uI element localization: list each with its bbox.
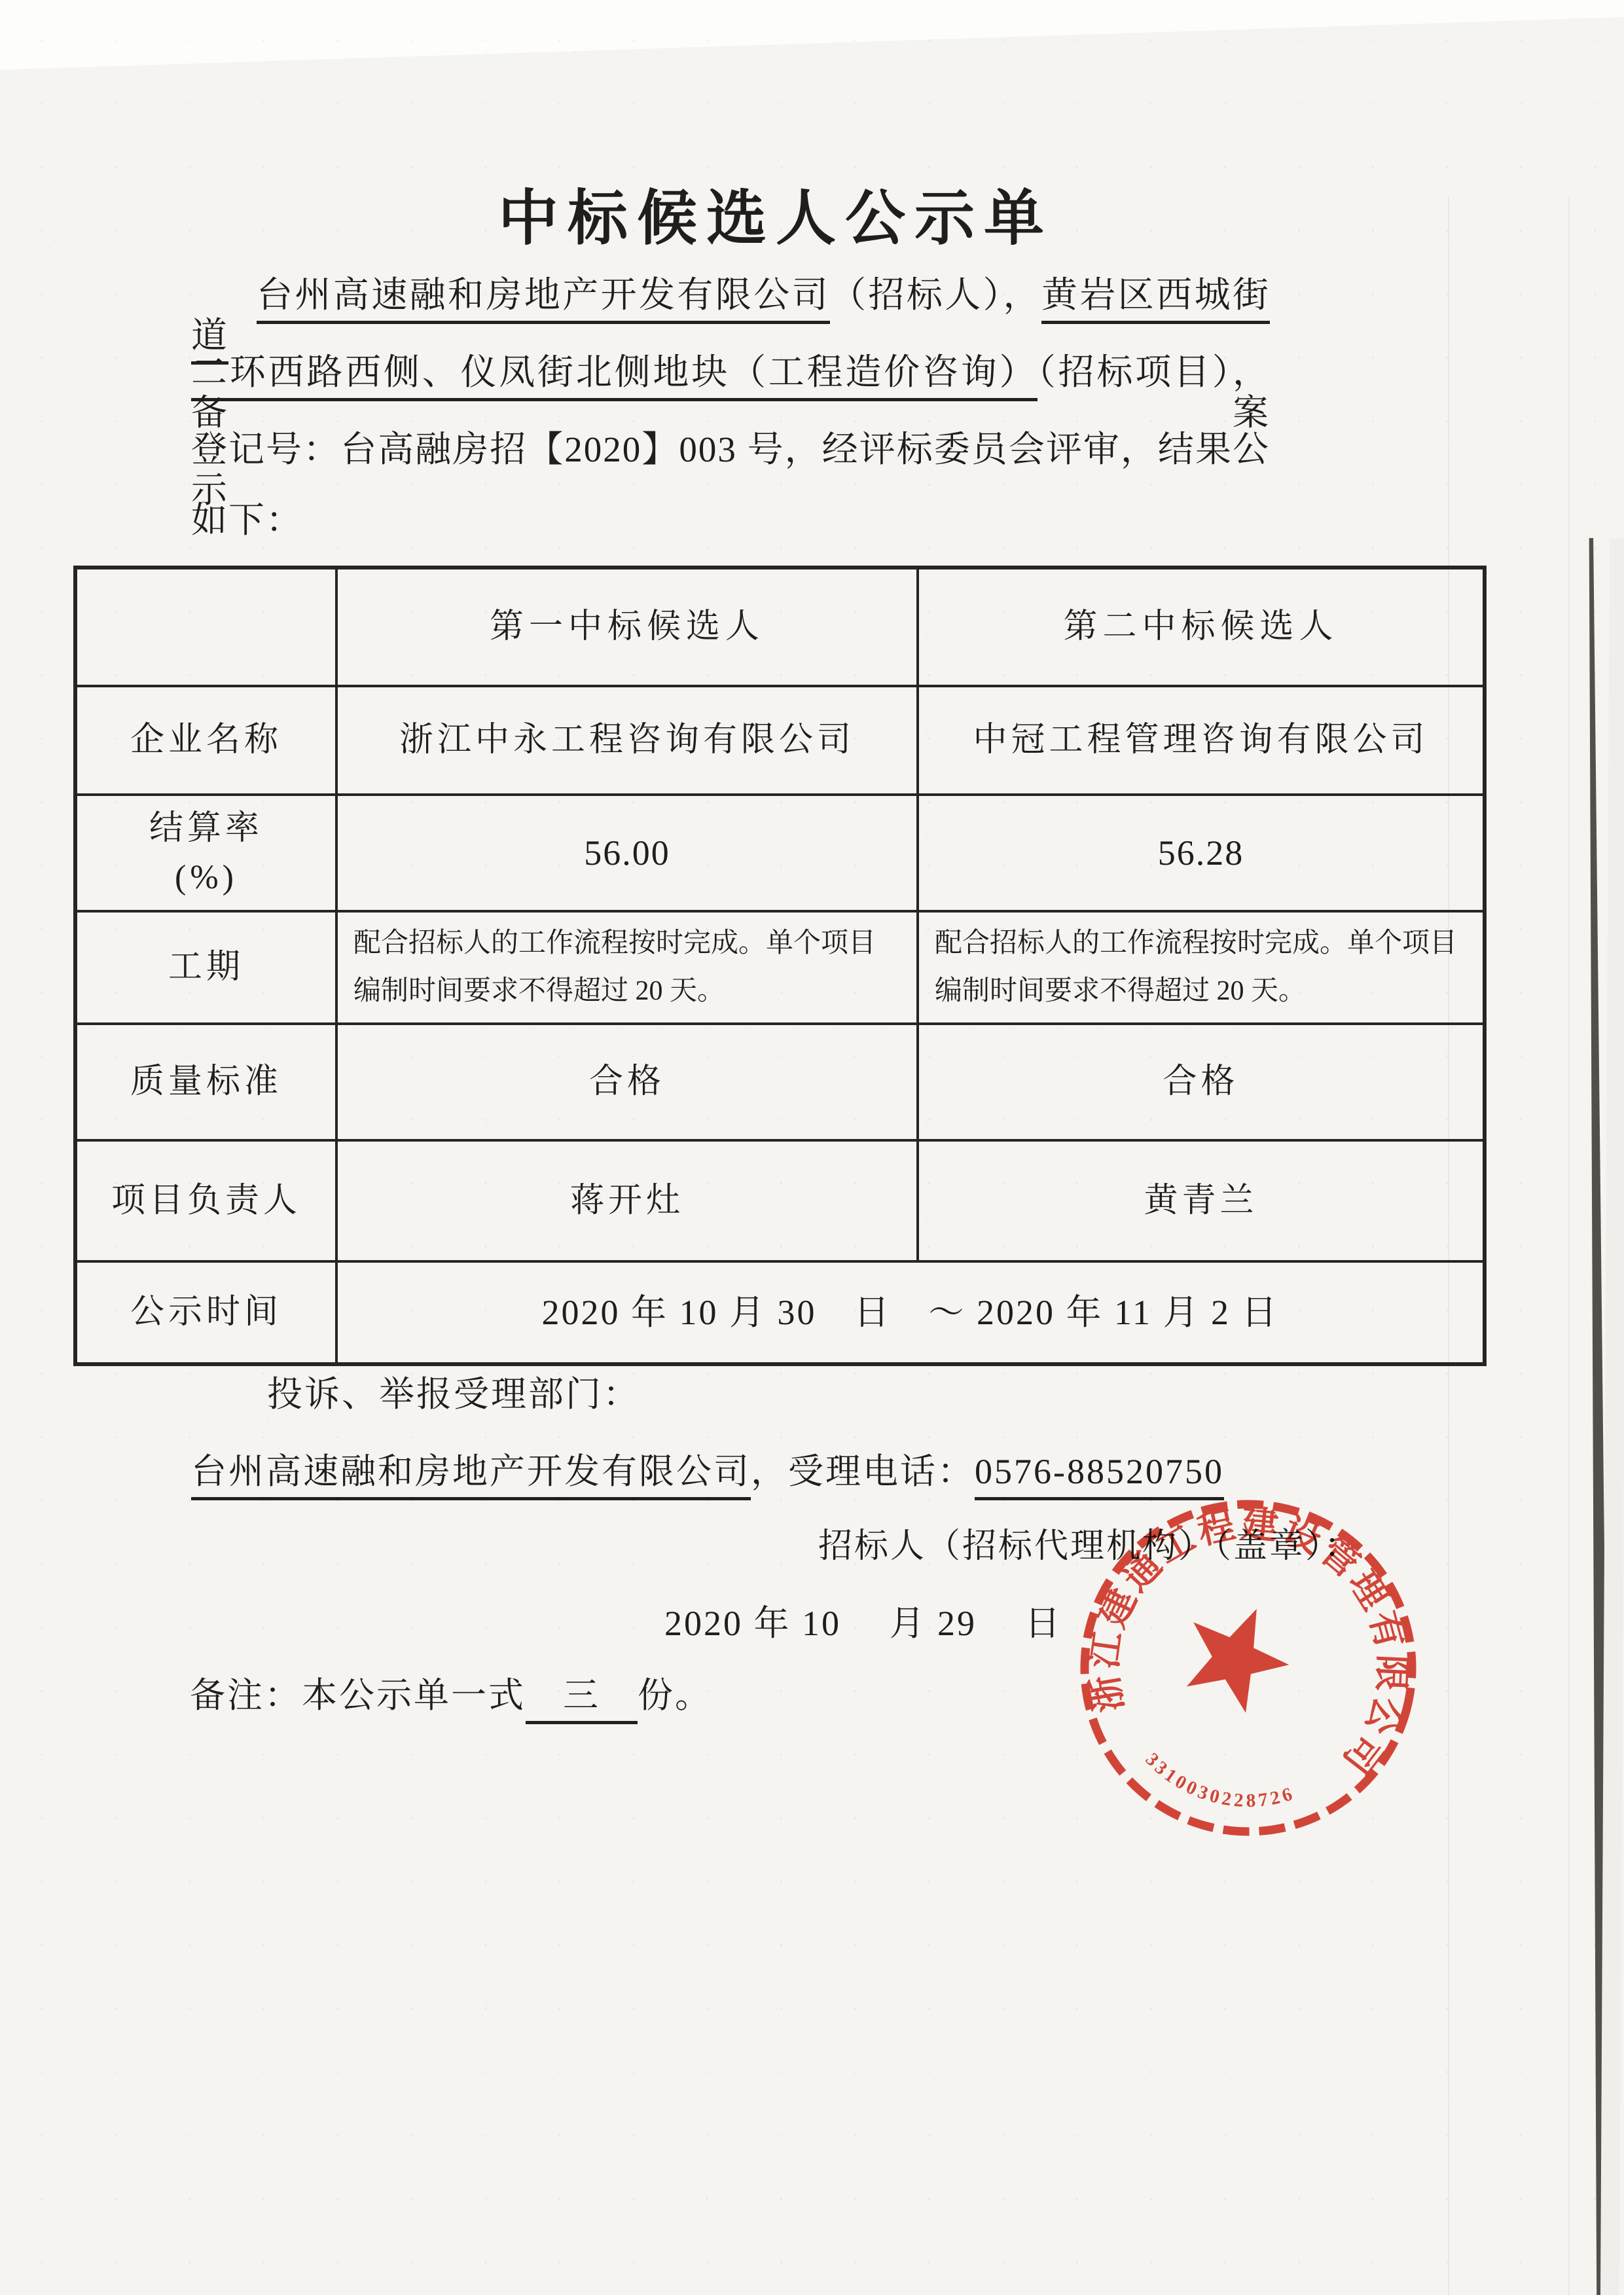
intro-line: 登记号：台高融房招【2020】003 号，经评标委员会评审，结果公示 bbox=[191, 429, 1270, 511]
star-icon bbox=[1175, 1595, 1300, 1720]
table-value-cell: 56.00 bbox=[335, 793, 916, 910]
intro-line: 如下： bbox=[191, 500, 1270, 541]
svg-text:浙江建通工程建设管理有限公司: 浙江建通工程建设管理有限公司 bbox=[1069, 1469, 1447, 1789]
complaint-dept-label: 投诉、举报受理部门： bbox=[267, 1373, 640, 1416]
table-value-cell: 配合招标人的工作流程按时完成。单个项目编制时间要求不得超过 20 天。 bbox=[916, 910, 1483, 1022]
row-label-cell: 企业名称 bbox=[77, 685, 335, 793]
table-value-cell: 配合招标人的工作流程按时完成。单个项目编制时间要求不得超过 20 天。 bbox=[335, 910, 916, 1022]
table-value-cell: 黄青兰 bbox=[916, 1139, 1483, 1260]
text-segment: 备注：本公示单一式 bbox=[190, 1676, 526, 1715]
text-segment: 如下： bbox=[191, 500, 303, 540]
underlined-text: 三 bbox=[526, 1676, 638, 1724]
table-header-cell: 第二中标候选人 bbox=[916, 569, 1483, 685]
text-segment: （招标人）， bbox=[830, 275, 1041, 315]
label-line: 结算率 bbox=[149, 804, 263, 853]
text-segment: ，受理电话： bbox=[751, 1452, 975, 1491]
scan-right-edge-light bbox=[1600, 538, 1624, 2295]
table-value-cell: 2020 年 10 月 30 日 ～ 2020 年 11 月 2 日 bbox=[335, 1260, 1483, 1362]
company-seal: 浙江建通工程建设管理有限公司 3310030228726 bbox=[1026, 1446, 1471, 1890]
table-value-cell: 56.28 bbox=[916, 793, 1483, 910]
table-value-cell: 合格 bbox=[916, 1022, 1483, 1139]
row-label-cell: 质量标准 bbox=[77, 1022, 335, 1139]
row-label-cell: 结算率(%) bbox=[77, 793, 335, 910]
text-segment: 份。 bbox=[638, 1676, 712, 1715]
seal-company-name: 浙江建通工程建设管理有限公司 bbox=[1069, 1469, 1447, 1789]
paper-fold-line bbox=[1568, 196, 1570, 2295]
remark-line: 备注：本公示单一式 三 份。 bbox=[190, 1674, 712, 1717]
seal-number: 3310030228726 bbox=[1135, 1746, 1302, 1827]
svg-text:3310030228726: 3310030228726 bbox=[1135, 1746, 1302, 1827]
scanned-document-page: 中标候选人公示单 台州高速融和房地产开发有限公司（招标人），黄岩区西城街道二环西… bbox=[0, 0, 1624, 2295]
text-segment: 登记号：台高融房招【2020】003 号，经评标委员会评审，结果公示 bbox=[191, 429, 1270, 510]
table-value-cell: 蒋开灶 bbox=[335, 1139, 916, 1260]
underlined-text: 台州高速融和房地产开发有限公司 bbox=[257, 275, 830, 324]
intro-line: 台州高速融和房地产开发有限公司（招标人），黄岩区西城街道 bbox=[191, 275, 1270, 356]
table-header-cell: 第一中标候选人 bbox=[335, 569, 916, 685]
intro-line: 二环西路西侧、仪凤街北侧地块（工程造价咨询）（招标项目），备案 bbox=[191, 352, 1270, 433]
row-label-cell: 工期 bbox=[77, 910, 335, 1022]
accept-contact-line: 台州高速融和房地产开发有限公司，受理电话：0576-88520750 bbox=[191, 1451, 1224, 1493]
row-label-cell: 项目负责人 bbox=[77, 1139, 335, 1260]
row-label-cell: 公示时间 bbox=[77, 1260, 335, 1362]
scan-top-edge-artifact bbox=[0, 0, 1624, 85]
sign-date: 2020 年 10 月 29 日 bbox=[664, 1602, 1062, 1645]
table-value-cell: 中冠工程管理咨询有限公司 bbox=[916, 685, 1483, 793]
underlined-text: 台州高速融和房地产开发有限公司 bbox=[191, 1452, 751, 1500]
label-line: (%) bbox=[149, 853, 263, 902]
table-value-cell: 合格 bbox=[335, 1022, 916, 1139]
bid-candidates-table: 第一中标候选人第二中标候选人企业名称浙江中永工程咨询有限公司中冠工程管理咨询有限… bbox=[73, 566, 1487, 1366]
table-value-cell: 浙江中永工程咨询有限公司 bbox=[335, 685, 916, 793]
page-title: 中标候选人公示单 bbox=[79, 189, 1473, 249]
row-label-cell bbox=[77, 569, 335, 685]
